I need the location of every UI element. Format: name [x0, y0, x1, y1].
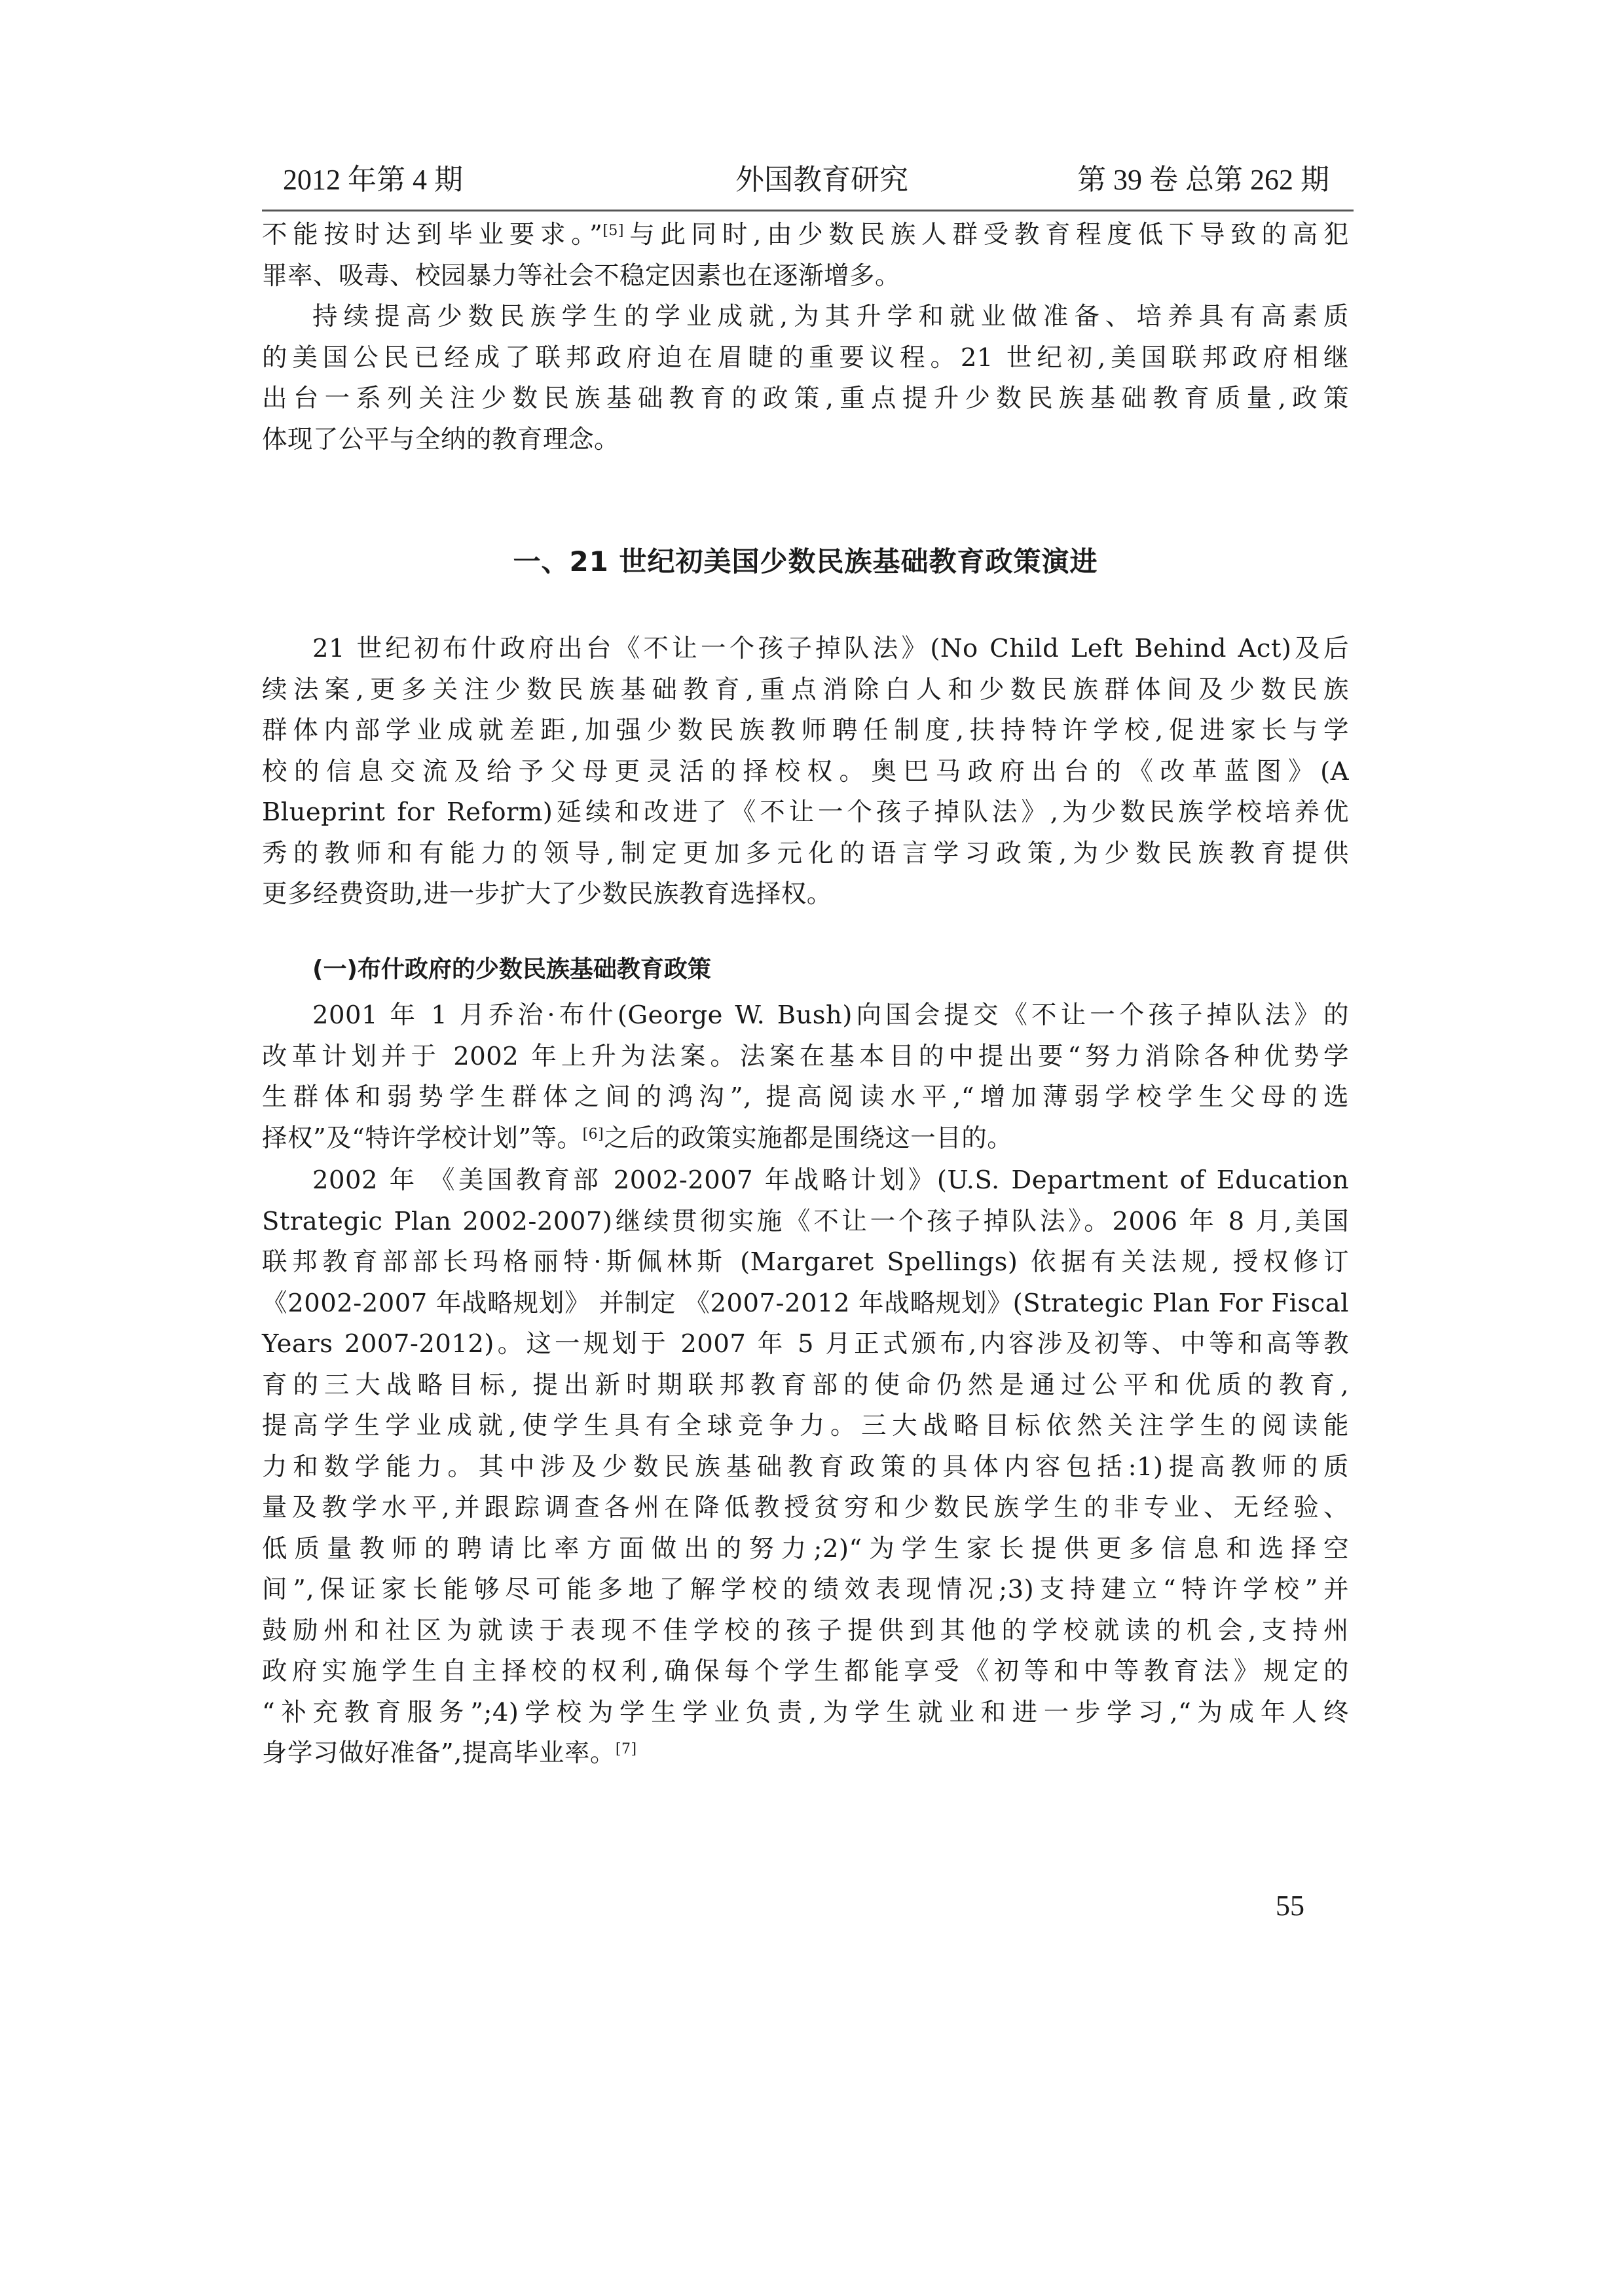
- header-journal-title: 外国教育研究: [735, 156, 908, 198]
- page-number: 55: [1276, 1889, 1304, 1922]
- text-line: Blueprint for Reform)延续和改进了《不让一个孩子掉队法》,为…: [262, 792, 1349, 834]
- text-line: 育的三大战略目标, 提出新时期联邦教育部的使命仍然是通过公平和优质的教育,: [262, 1365, 1349, 1406]
- text-line: 群体内部学业成就差距,加强少数民族教师聘任制度,扶持特许学校,促进家长与学: [262, 710, 1349, 752]
- text-line: 持续提高少数民族学生的学业成就,为其升学和就业做准备、培养具有高素质: [262, 297, 1349, 338]
- text-line: 提高学生学业成就,使学生具有全球竞争力。三大战略目标依然关注学生的阅读能: [262, 1406, 1349, 1447]
- text-line: 《2002-2007 年战略规划》 并制定 《2007-2012 年战略规划》(…: [262, 1283, 1349, 1325]
- subsection-heading: (一)布什政府的少数民族基础教育政策: [312, 951, 711, 984]
- paragraph: 持续提高少数民族学生的学业成就,为其升学和就业做准备、培养具有高素质 的美国公民…: [262, 297, 1349, 460]
- text-line: 21 世纪初布什政府出台《不让一个孩子掉队法》(No Child Left Be…: [262, 629, 1349, 670]
- header-rule: [262, 210, 1354, 211]
- paragraph-continuation: 不能按时达到毕业要求。”[5]与此同时,由少数民族人群受教育程度低下导致的高犯 …: [262, 215, 1349, 297]
- text-line: 校的信息交流及给予父母更灵活的择校权。奥巴马政府出台的《改革蓝图》(A: [262, 752, 1349, 793]
- text-line: 身学习做好准备”,提高毕业率。[7]: [262, 1733, 1349, 1774]
- text-line: 罪率、吸毒、校园暴力等社会不稳定因素也在逐渐增多。: [262, 256, 1349, 297]
- text-line: 出台一系列关注少数民族基础教育的政策,重点提升少数民族基础教育质量,政策: [262, 378, 1349, 420]
- citation-ref: [6]: [583, 1126, 604, 1143]
- paragraph: 2001 年 1 月乔治·布什(George W. Bush)向国会提交《不让一…: [262, 995, 1349, 1159]
- paragraph: 21 世纪初布什政府出台《不让一个孩子掉队法》(No Child Left Be…: [262, 629, 1349, 915]
- text-line: 2002 年 《美国教育部 2002-2007 年战略计划》(U.S. Depa…: [262, 1160, 1349, 1202]
- paragraph: 2002 年 《美国教育部 2002-2007 年战略计划》(U.S. Depa…: [262, 1160, 1349, 1774]
- text-line: 更多经费资助,进一步扩大了少数民族教育选择权。: [262, 874, 1349, 915]
- text-line: “补充教育服务”;4)学校为学生学业负责,为学生就业和进一步学习,“为成年人终: [262, 1693, 1349, 1734]
- text-line: 生群体和弱势学生群体之间的鸿沟”, 提高阅读水平,“增加薄弱学校学生父母的选: [262, 1077, 1349, 1118]
- text-line: 择权”及“特许学校计划”等。[6]之后的政策实施都是围绕这一目的。: [262, 1118, 1349, 1160]
- header-issue: 2012 年第 4 期: [283, 156, 463, 198]
- text-line: 体现了公平与全纳的教育理念。: [262, 420, 1349, 461]
- text-line: Years 2007-2012)。这一规划于 2007 年 5 月正式颁布,内容…: [262, 1324, 1349, 1365]
- text-line: 2001 年 1 月乔治·布什(George W. Bush)向国会提交《不让一…: [262, 995, 1349, 1037]
- text-line: Strategic Plan 2002-2007)继续贯彻实施《不让一个孩子掉队…: [262, 1202, 1349, 1243]
- text-line: 鼓励州和社区为就读于表现不佳学校的孩子提供到其他的学校就读的机会,支持州: [262, 1611, 1349, 1652]
- text-line: 间”,保证家长能够尽可能多地了解学校的绩效表现情况;3)支持建立“特许学校”并: [262, 1570, 1349, 1611]
- running-header: 2012 年第 4 期 外国教育研究 第 39 卷 总第 262 期: [262, 156, 1354, 198]
- citation-ref: [7]: [616, 1741, 637, 1757]
- text-line: 政府实施学生自主择校的权利,确保每个学生都能享受《初等和中等教育法》规定的: [262, 1651, 1349, 1693]
- section-heading: 一、21 世纪初美国少数民族基础教育政策演进: [262, 540, 1349, 579]
- text-line: 改革计划并于 2002 年上升为法案。法案在基本目的中提出要“努力消除各种优势学: [262, 1037, 1349, 1078]
- text-line: 量及教学水平,并跟踪调查各州在降低教授贫穷和少数民族学生的非专业、无经验、: [262, 1488, 1349, 1529]
- text-line: 联邦教育部部长玛格丽特·斯佩林斯 (Margaret Spellings) 依据…: [262, 1242, 1349, 1283]
- text-line: 低质量教师的聘请比率方面做出的努力;2)“为学生家长提供更多信息和选择空: [262, 1529, 1349, 1570]
- header-volume: 第 39 卷 总第 262 期: [1077, 156, 1329, 198]
- text-line: 不能按时达到毕业要求。”[5]与此同时,由少数民族人群受教育程度低下导致的高犯: [262, 215, 1349, 256]
- text-line: 续法案,更多关注少数民族基础教育,重点消除白人和少数民族群体间及少数民族: [262, 670, 1349, 711]
- text-line: 秀的教师和有能力的领导,制定更加多元化的语言学习政策,为少数民族教育提供: [262, 834, 1349, 875]
- citation-ref: [5]: [602, 223, 624, 239]
- text-line: 力和数学能力。其中涉及少数民族基础教育政策的具体内容包括:1)提高教师的质: [262, 1447, 1349, 1488]
- text-line: 的美国公民已经成了联邦政府迫在眉睫的重要议程。21 世纪初,美国联邦政府相继: [262, 338, 1349, 379]
